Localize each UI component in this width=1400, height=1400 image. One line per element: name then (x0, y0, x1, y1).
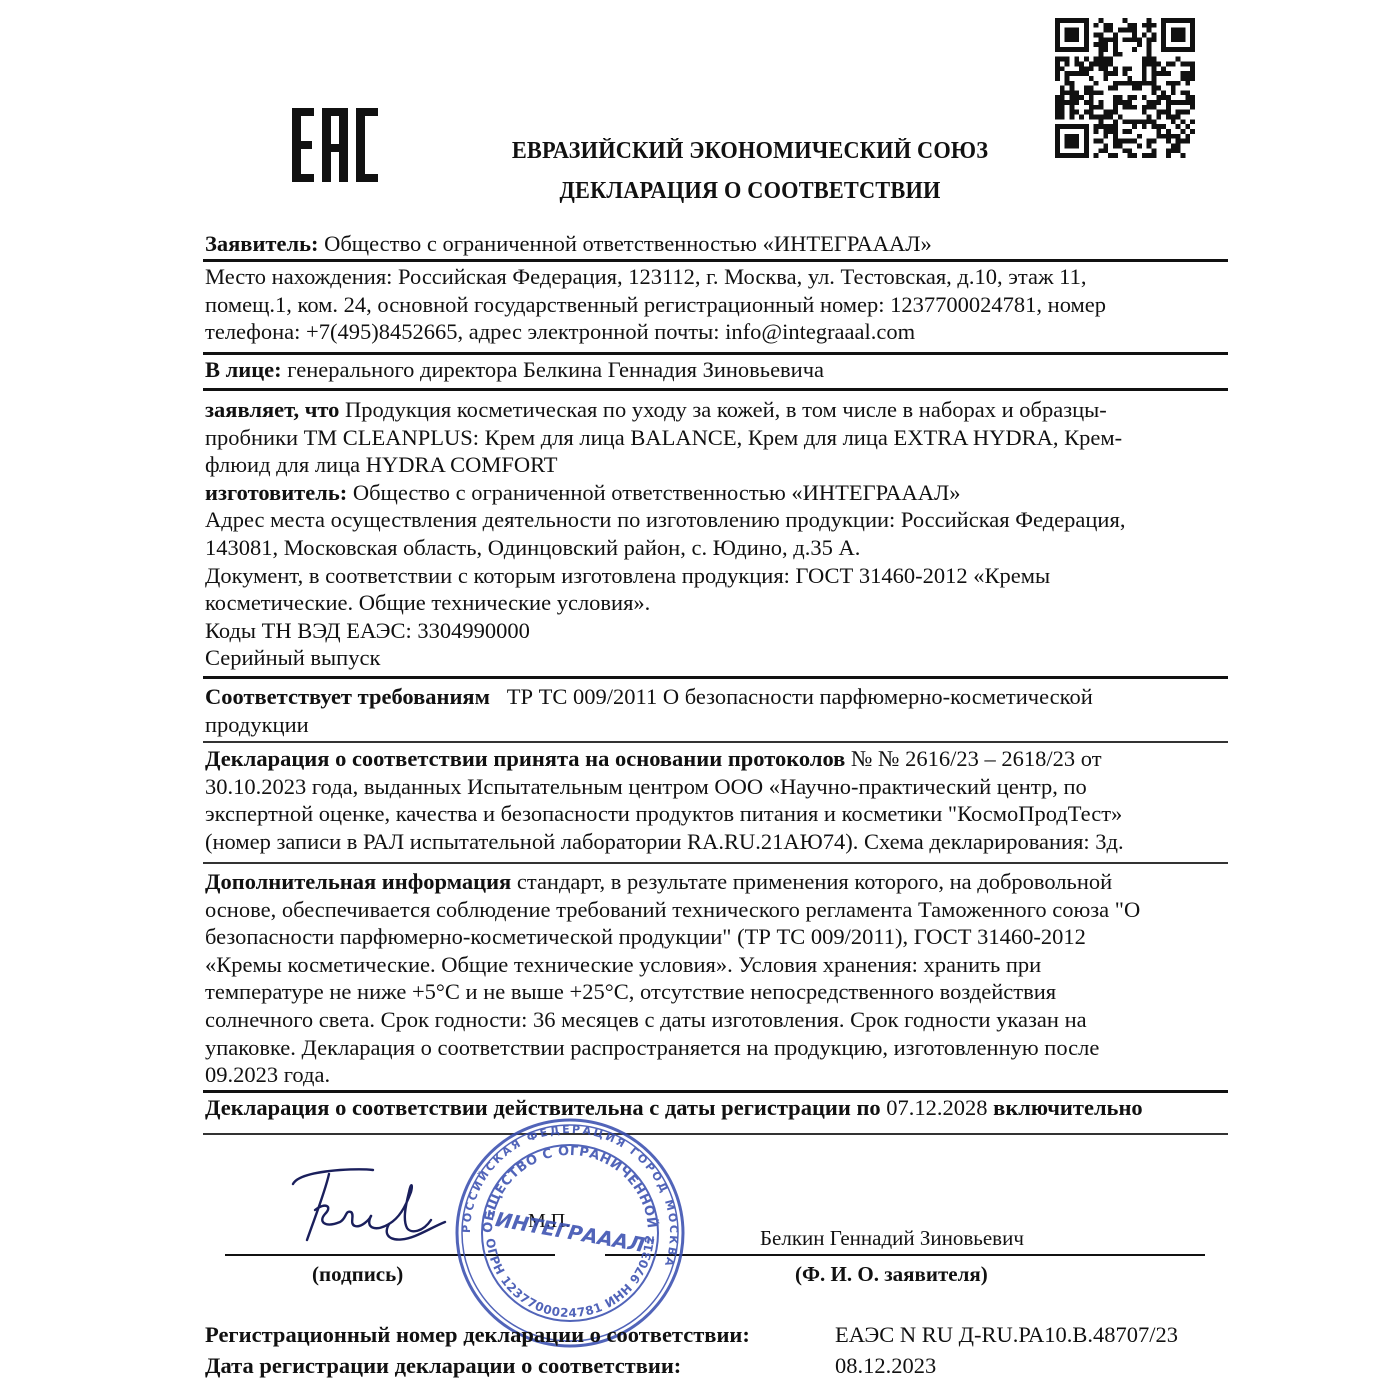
stamp-center-text: "ИНТЕГРАААЛ" (483, 1205, 657, 1259)
codes-line: Коды ТН ВЭД ЕАЭС: 3304990000 (205, 617, 1225, 645)
manufacturer-label: изготовитель: (205, 480, 347, 505)
union-title: ЕВРАЗИЙСКИЙ ЭКОНОМИЧЕСКИЙ СОЮЗ (53, 138, 1400, 165)
conformity-label: Соответствует требованиям (205, 684, 490, 709)
product-text: пробники ТМ CLEANPLUS: Крем для лица BAL… (205, 424, 1225, 452)
registration-date: 08.12.2023 (835, 1353, 936, 1379)
divider (203, 741, 1228, 743)
registration-number-label: Регистрационный номер декларации о соотв… (205, 1322, 750, 1348)
signature-icon (285, 1162, 455, 1247)
product-text: флюид для лица HYDRA COMFORT (205, 451, 1225, 479)
product-text: Продукция косметическая по уходу за коже… (339, 397, 1106, 422)
additional-label: Дополнительная информация (205, 869, 511, 894)
document-line: косметические. Общие технические условия… (205, 589, 1225, 617)
validity-section: Декларация о соответствии действительна … (205, 1094, 1225, 1122)
validity-label-end: включительно (993, 1095, 1143, 1120)
divider (203, 676, 1228, 679)
qr-code-icon[interactable] (1055, 18, 1195, 158)
divider (203, 352, 1228, 355)
additional-line: 09.2023 года. (205, 1061, 1225, 1089)
location-line: помещ.1, ком. 24, основной государственн… (205, 291, 1225, 319)
additional-line: безопасности парфюмерно-косметической пр… (205, 923, 1225, 951)
manufacturer-value: Общество с ограниченной ответственностью… (347, 480, 960, 505)
divider (203, 259, 1228, 262)
conformity-value: ТР ТС 009/2011 О безопасности парфюмерно… (490, 684, 1093, 709)
basis-line: 30.10.2023 года, выданных Испытательным … (205, 773, 1225, 801)
declares-label: заявляет, что (205, 397, 339, 422)
additional-line: основе, обеспечивается соблюдение требов… (205, 896, 1225, 924)
signer-caption: (Ф. И. О. заявителя) (795, 1262, 988, 1287)
divider (203, 1090, 1228, 1093)
basis-line: экспертной оценке, качества и безопаснос… (205, 800, 1225, 828)
company-stamp-icon: РОССИЙСКАЯ ФЕДЕРАЦИЯ ГОРОД МОСКВА ОБЩЕСТ… (452, 1115, 688, 1351)
additional-line: температуре не ниже +5°С и не выше +25°С… (205, 978, 1225, 1006)
signer-name: Белкин Геннадий Зиновьевич (760, 1226, 1024, 1251)
registration-number: ЕАЭС N RU Д-RU.РА10.В.48707/23 (835, 1322, 1178, 1348)
additional-line: солнечного света. Срок годности: 36 меся… (205, 1006, 1225, 1034)
basis-label: Декларация о соответствии принята на осн… (205, 746, 845, 771)
basis-line: (номер записи в РАЛ испытательной лабора… (205, 828, 1225, 856)
name-line (605, 1254, 1205, 1256)
document-line: Документ, в соответствии с которым изгот… (205, 562, 1225, 590)
validity-date: 07.12.2028 (881, 1095, 994, 1120)
represented-label: В лице: (205, 357, 282, 382)
divider (203, 862, 1228, 864)
additional-value: стандарт, в результате применения которо… (511, 869, 1112, 894)
declaration-body: заявляет, что Продукция косметическая по… (205, 396, 1225, 672)
address-line: 143081, Московская область, Одинцовский … (205, 534, 1225, 562)
registration-date-label: Дата регистрации декларации о соответств… (205, 1353, 681, 1379)
release-line: Серийный выпуск (205, 644, 1225, 672)
represented-value: генерального директора Белкина Геннадия … (282, 357, 824, 382)
conformity-value: продукции (205, 711, 1225, 739)
basis-section: Декларация о соответствии принята на осн… (205, 745, 1225, 855)
additional-line: упаковке. Декларация о соответствии расп… (205, 1034, 1225, 1062)
signature-caption: (подпись) (312, 1262, 403, 1287)
basis-value: № № 2616/23 – 2618/23 от (845, 746, 1101, 771)
represented-section: В лице: генерального директора Белкина Г… (205, 356, 1225, 384)
address-line: Адрес места осуществления деятельности п… (205, 506, 1225, 534)
conformity-section: Соответствует требованиям ТР ТС 009/2011… (205, 683, 1225, 738)
location-line: телефона: +7(495)8452665, адрес электрон… (205, 318, 1225, 346)
divider (203, 388, 1228, 391)
additional-line: «Кремы косметические. Общие технические … (205, 951, 1225, 979)
location-section: Место нахождения: Российская Федерация, … (205, 263, 1225, 346)
applicant-value: Общество с ограниченной ответственностью… (318, 231, 931, 256)
applicant-label: Заявитель: (205, 231, 318, 256)
additional-section: Дополнительная информация стандарт, в ре… (205, 868, 1225, 1089)
document-title: ДЕКЛАРАЦИЯ О СООТВЕТСТВИИ (53, 178, 1400, 205)
applicant-section: Заявитель: Общество с ограниченной ответ… (205, 230, 1225, 258)
divider (203, 1133, 1228, 1135)
location-line: Место нахождения: Российская Федерация, … (205, 263, 1225, 291)
